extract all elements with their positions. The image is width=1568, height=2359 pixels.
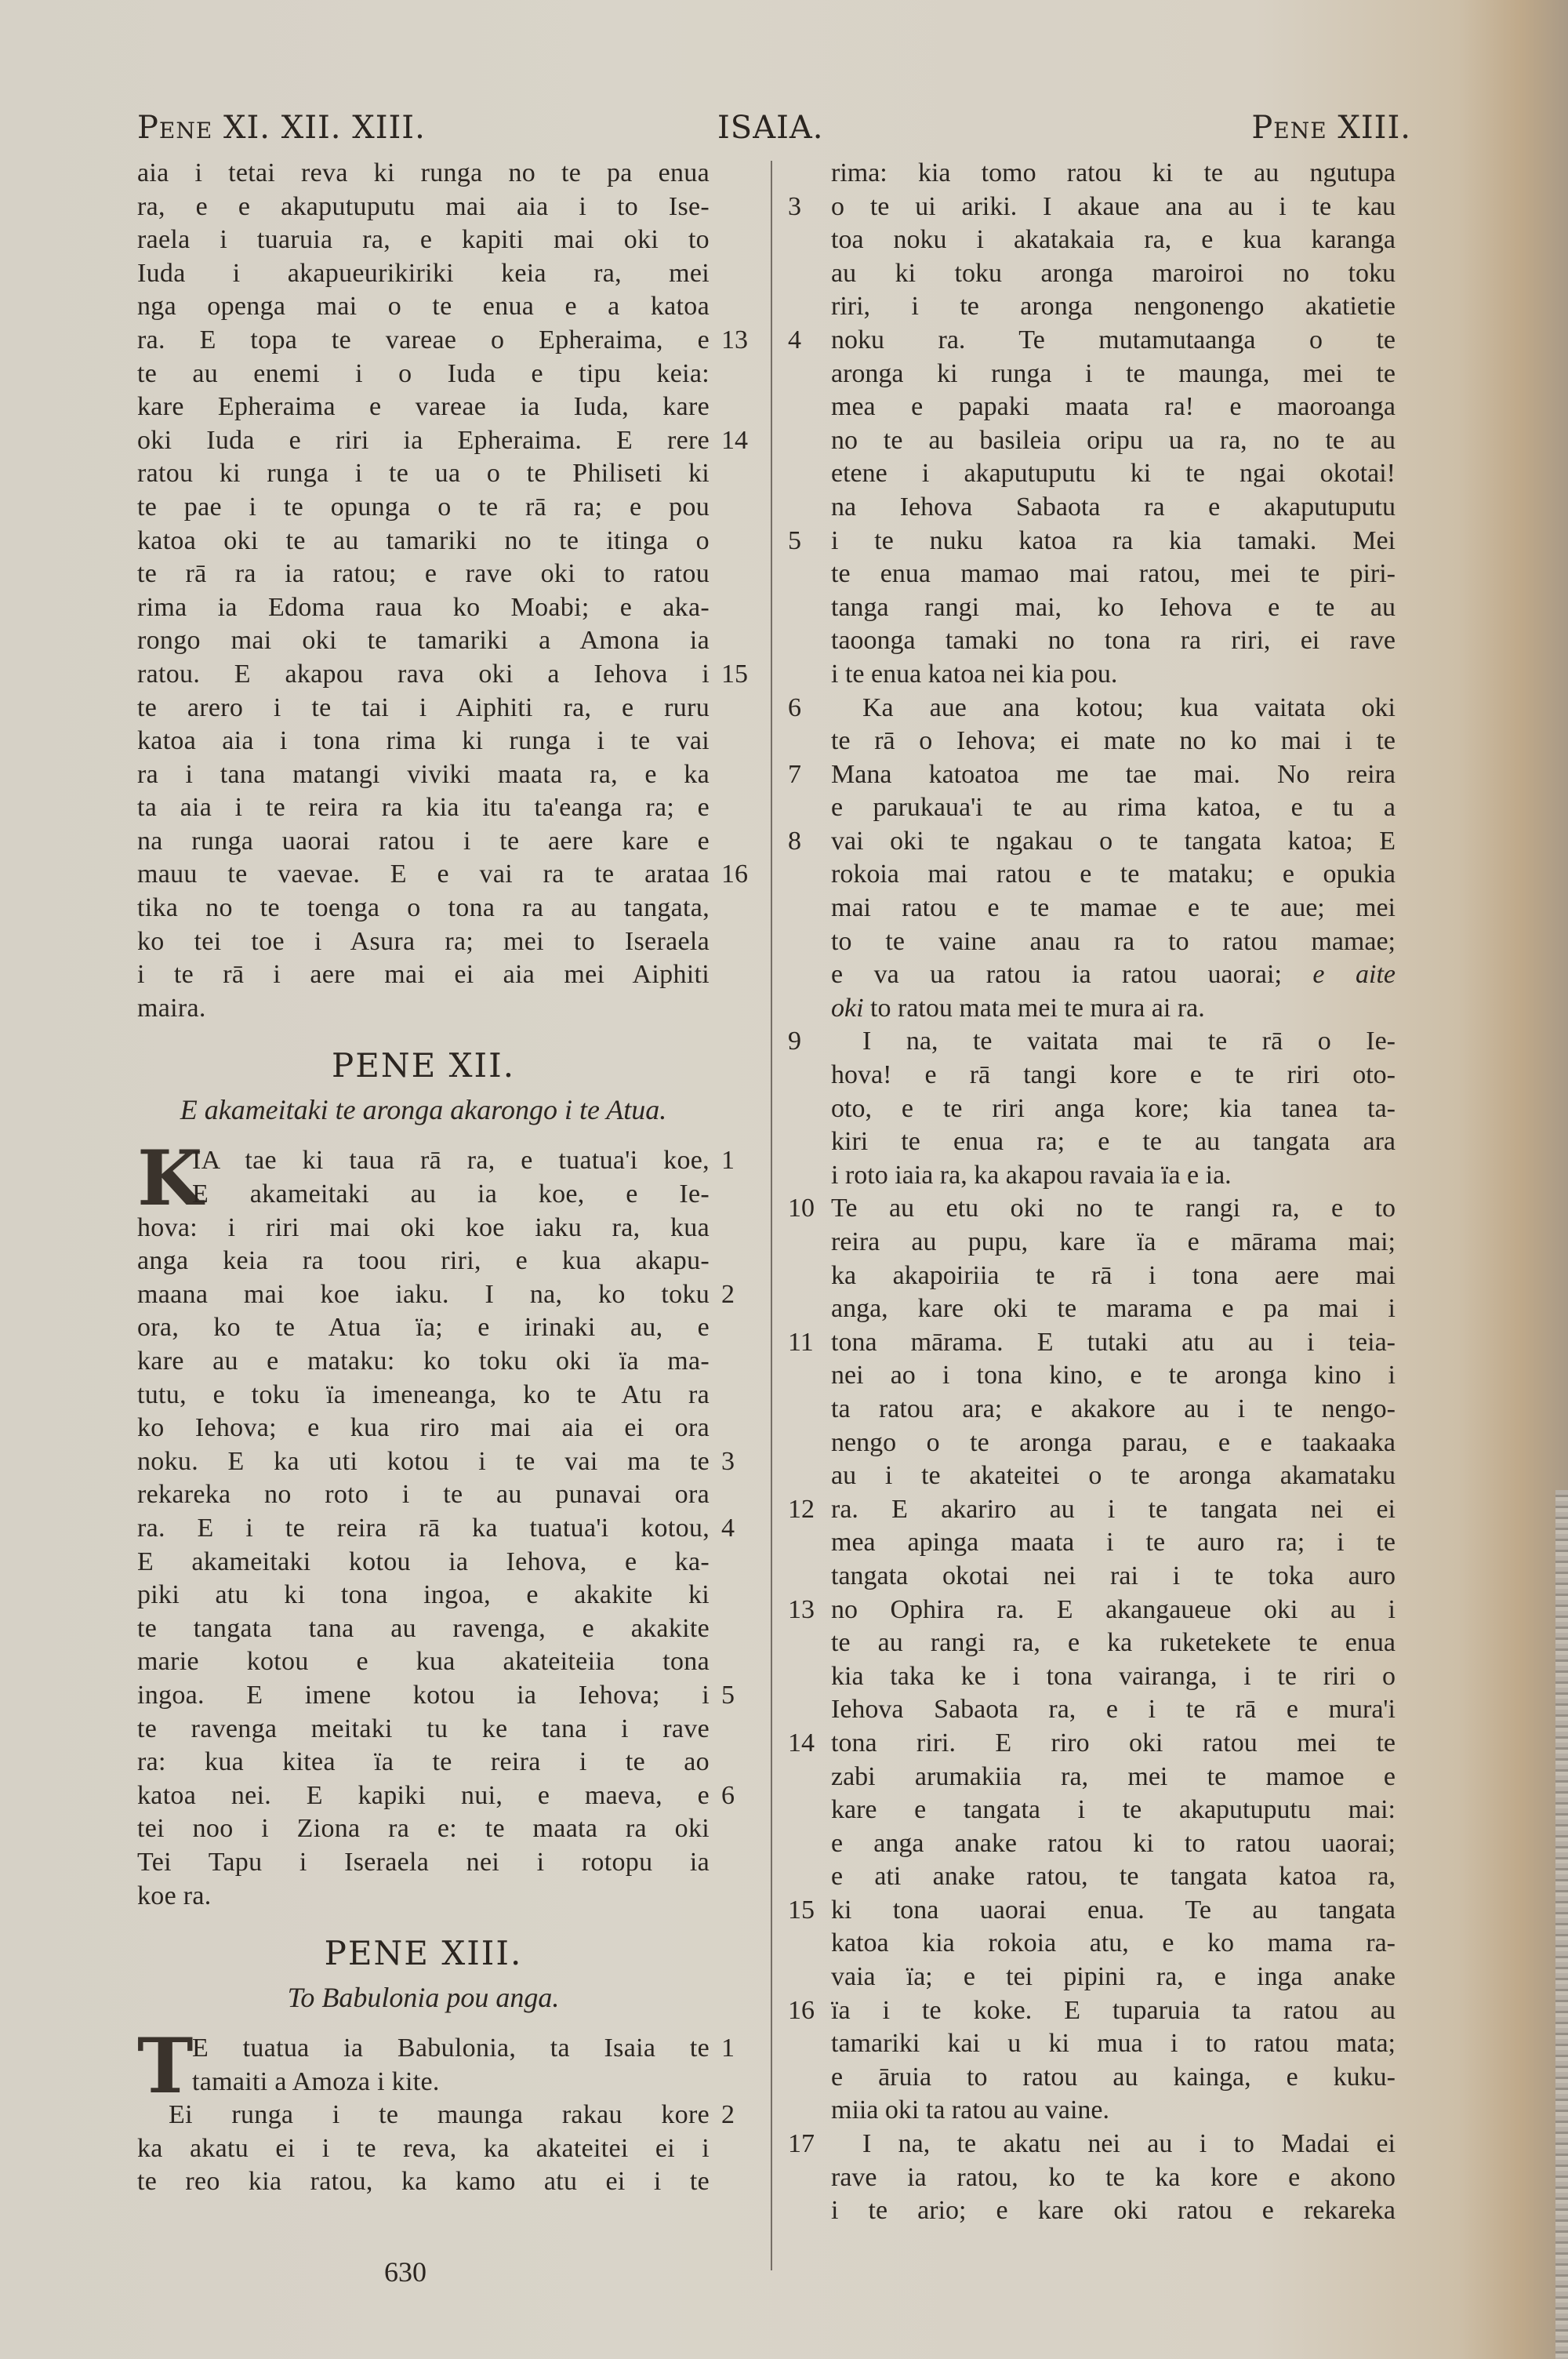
line-text: te reo kia ratou, ka kamo atu ei i te [137, 2165, 710, 2199]
line-text: maana mai koe iaku. I na, ko toku [137, 1278, 710, 1312]
text-line: Tei Tapu i Iseraela nei i rotopu ia [137, 1846, 710, 1880]
line-text: katoa aia i tona rima ki runga i te vai [137, 725, 710, 758]
text-line: maira. [137, 992, 710, 1026]
running-head-right: Pene XIII. [1251, 110, 1411, 146]
line-text: ra. E i te reira rā ka tuatua'i kotou, [137, 1512, 710, 1546]
line-text: rima ia Edoma raua ko Moabi; e aka- [137, 591, 710, 625]
line-text: ratou. E akapou rava oki a Iehova i [137, 658, 710, 692]
text-line: marie kotou e kua akateiteiia tona [137, 1645, 710, 1679]
chapter-12-summary: E akameitaki te aronga akarongo i te Atu… [137, 1092, 710, 1127]
verse-number: 15 [788, 1894, 815, 1928]
line-text: te ravenga meitaki tu ke tana i rave [137, 1713, 710, 1747]
text-line: ko tei toe i Asura ra; mei to Iseraela [137, 925, 710, 959]
text-line: miia oki ta ratou au vaine. [788, 2094, 1396, 2128]
text-line: te au enemi i o Iuda e tipu keia: [137, 358, 710, 391]
text-line: E akameitaki kotou ia Iehova, e ka- [137, 1546, 710, 1579]
text-line: ko Iehova; e kua riro mai aia ei ora [137, 1412, 710, 1445]
line-text: anga keia ra toou riri, e kua akapu- [137, 1245, 710, 1278]
verse-number: 3 [788, 191, 801, 224]
verse-number: 17 [788, 2128, 815, 2161]
line-text: na Iehova Sabaota ra e akaputuputu [831, 491, 1396, 525]
line-text: ratou ki runga i te ua o te Philiseti ki [137, 457, 710, 491]
text-line: ra i tana matangi viviki maata ra, e ka [137, 758, 710, 792]
running-head-left-chapters: XI. XII. XIII. [223, 110, 426, 146]
line-text: raela i tuaruia ra, e kapiti mai oki to [137, 224, 710, 257]
text-line: Ka aue ana kotou; kua vaitata oki6 [788, 692, 1396, 725]
text-line: to te vaine anau ra to ratou mamae; [788, 925, 1396, 959]
line-text: i te ario; e kare oki ratou e rekareka [831, 2194, 1396, 2228]
line-text: ra: kua kitea ïa te reira i te ao [137, 1746, 710, 1779]
column-divider [771, 161, 772, 2270]
text-line: oto, e te riri anga kore; kia tanea ta- [788, 1092, 1396, 1126]
text-line: nga openga mai o te enua e a katoa [137, 290, 710, 324]
text-line: te tangata tana au ravenga, e akakite [137, 1612, 710, 1646]
running-head-left: Pene XI. XII. XIII. [137, 110, 426, 146]
text-line: te reo kia ratou, ka kamo atu ei i te [137, 2165, 710, 2199]
line-text: tamariki kai u ki mua i to ratou mata; [831, 2027, 1396, 2061]
text-line: IA tae ki taua rā ra, e tuatua'i koe,1 [137, 1144, 710, 1178]
text-line: Mana katoatoa me tae mai. No reira7 [788, 758, 1396, 792]
line-text: hova: i riri mai oki koe iaku ra, kua [137, 1212, 710, 1245]
verse-number: 4 [788, 324, 801, 358]
verse-number: 1 [721, 2032, 735, 2066]
line-text: Ka aue ana kotou; kua vaitata oki [831, 692, 1396, 725]
line-text: ta aia i te reira ra kia itu ta'eanga ra… [137, 791, 710, 825]
line-text: e parukaua'i te au rima katoa, e tu a [831, 791, 1396, 825]
text-line: I na, te vaitata mai te rā o Ie-9 [788, 1025, 1396, 1059]
line-text: I na, te vaitata mai te rā o Ie- [831, 1025, 1396, 1059]
line-text: miia oki ta ratou au vaine. [831, 2094, 1396, 2128]
text-line: ra: kua kitea ïa te reira i te ao [137, 1746, 710, 1779]
text-line: o te ui ariki. I akaue ana au i te kau3 [788, 191, 1396, 224]
line-text: ki tona uaorai enua. Te au tangata [831, 1894, 1396, 1928]
text-line: e anga anake ratou ki to ratou uaorai; [788, 1827, 1396, 1861]
line-text: ta ratou ara; e akakore au i te nengo- [831, 1393, 1396, 1427]
text-line: tamariki kai u ki mua i to ratou mata; [788, 2027, 1396, 2061]
line-text: o te ui ariki. I akaue ana au i te kau [831, 191, 1396, 224]
line-text: tona riri. E riro oki ratou mei te [831, 1727, 1396, 1761]
line-text: ora, ko te Atua ïa; e irinaki au, e [137, 1311, 710, 1345]
text-line: kare Epheraima e vareae ia Iuda, kare [137, 391, 710, 424]
line-text: vai oki te ngakau o te tangata katoa; E [831, 825, 1396, 859]
text-line: mea e papaki maata ra! e maoroanga [788, 391, 1396, 424]
text-line: aia i tetai reva ki runga no te pa enua [137, 157, 710, 191]
running-head-left-prefix: Pene [137, 110, 212, 146]
line-text: tanga rangi mai, ko Iehova e te au [831, 591, 1396, 625]
verse-number: 12 [788, 1493, 815, 1527]
line-text: nga openga mai o te enua e a katoa [137, 290, 710, 324]
text-line: piki atu ki tona ingoa, e akakite ki [137, 1579, 710, 1612]
text-line: katoa kia rokoia atu, e ko mama ra- [788, 1927, 1396, 1961]
text-line: etene i akaputuputu ki te ngai okotai! [788, 457, 1396, 491]
text-line: tika no te toenga o tona ra au tangata, [137, 892, 710, 925]
text-line: kare e tangata i te akaputuputu mai: [788, 1794, 1396, 1827]
text-line: nei ao i tona kino, e te aronga kino i [788, 1359, 1396, 1393]
line-text: E tuatua ia Babulonia, ta Isaia te [137, 2032, 710, 2066]
verse-number: 5 [721, 1679, 735, 1713]
running-head-right-prefix: Pene [1251, 110, 1327, 146]
text-line: anga keia ra toou riri, e kua akapu- [137, 1245, 710, 1278]
line-text: no te au basileia oripu ua ra, no te au [831, 424, 1396, 458]
line-text: te enua mamao mai ratou, mei te piri- [831, 558, 1396, 591]
verse-number: 1 [721, 1144, 735, 1178]
line-text: te rā o Iehova; ei mate no ko mai i te [831, 725, 1396, 758]
text-line: i te nuku katoa ra kia tamaki. Mei5 [788, 525, 1396, 558]
text-line: ra. E akariro au i te tangata nei ei12 [788, 1493, 1396, 1527]
book-page-edge [1555, 1490, 1568, 2359]
line-text: te au enemi i o Iuda e tipu keia: [137, 358, 710, 391]
text-line: ra. E i te reira rā ka tuatua'i kotou,4 [137, 1512, 710, 1546]
line-text: tangata okotai nei rai i te toka auro [831, 1560, 1396, 1594]
line-text: noku ra. Te mutamutaanga o te [831, 324, 1396, 358]
text-line: katoa oki te au tamariki no te itinga o [137, 525, 710, 558]
line-text: aronga ki runga i te maunga, mei te [831, 358, 1396, 391]
text-line: katoa nei. E kapiki nui, e maeva, e6 [137, 1779, 710, 1813]
line-text: e anga anake ratou ki to ratou uaorai; [831, 1827, 1396, 1861]
text-line: E tuatua ia Babulonia, ta Isaia te1 [137, 2032, 710, 2066]
verse-number: 14 [788, 1727, 815, 1761]
line-text: koe ra. [137, 1880, 710, 1914]
line-text: mai ratou e te mamae e te aue; mei [831, 892, 1396, 925]
line-text: marie kotou e kua akateiteiia tona [137, 1645, 710, 1679]
text-line: i roto iaia ra, ka akapou ravaia ïa e ia… [788, 1159, 1396, 1193]
text-line: rima ia Edoma raua ko Moabi; e aka- [137, 591, 710, 625]
text-line: aronga ki runga i te maunga, mei te [788, 358, 1396, 391]
line-text: e āruia to ratou au kainga, e kuku- [831, 2061, 1396, 2095]
text-line: rave ia ratou, ko te ka kore e akono [788, 2161, 1396, 2195]
text-line: e va ua ratou ia ratou uaorai; e aite [788, 958, 1396, 992]
line-text: mea e papaki maata ra! e maoroanga [831, 391, 1396, 424]
text-line: te enua mamao mai ratou, mei te piri- [788, 558, 1396, 591]
text-line: kare au e mataku: ko toku oki ïa ma- [137, 1345, 710, 1379]
line-text: E akameitaki au ia koe, e Ie- [137, 1178, 710, 1212]
running-head-right-chapters: XIII. [1338, 110, 1411, 146]
line-text: rave ia ratou, ko te ka kore e akono [831, 2161, 1396, 2195]
text-line: rima: kia tomo ratou ki te au ngutupa [788, 157, 1396, 191]
chapter-12-heading: PENE XII. [137, 1045, 710, 1086]
text-line: tangata okotai nei rai i te toka auro [788, 1560, 1396, 1594]
line-text: riri, i te aronga nengonengo akatietie [831, 290, 1396, 324]
verse-number: 10 [788, 1192, 815, 1226]
text-line: e āruia to ratou au kainga, e kuku- [788, 2061, 1396, 2095]
line-text: te arero i te tai i Aiphiti ra, e ruru [137, 692, 710, 725]
line-text: e ati anake ratou, te tangata katoa ra, [831, 1860, 1396, 1894]
text-line: mai ratou e te mamae e te aue; mei [788, 892, 1396, 925]
text-line: ora, ko te Atua ïa; e irinaki au, e [137, 1311, 710, 1345]
verse-number: 15 [721, 658, 748, 692]
line-text: taoonga tamaki no tona ra riri, ei rave [831, 624, 1396, 658]
right-column: rima: kia tomo ratou ki te au ngutupao t… [788, 157, 1396, 2228]
line-text: Te au etu oki no te rangi ra, e to [831, 1192, 1396, 1226]
chapter-13-summary: To Babulonia pou anga. [137, 1980, 710, 2015]
text-line: te arero i te tai i Aiphiti ra, e ruru [137, 692, 710, 725]
verse-number: 16 [721, 858, 748, 892]
verse-number: 8 [788, 825, 801, 859]
running-head-book-title: ISAIA. [717, 110, 824, 146]
line-text: tika no te toenga o tona ra au tangata, [137, 892, 710, 925]
text-line: oki Iuda e riri ia Epheraima. E rere14 [137, 424, 710, 458]
line-text: tamaiti a Amoza i kite. [137, 2066, 710, 2099]
line-text: nengo o te aronga parau, e e taakaaka [831, 1427, 1396, 1460]
text-line: tona riri. E riro oki ratou mei te14 [788, 1727, 1396, 1761]
chapter-13-body: T E tuatua ia Babulonia, ta Isaia te1tam… [137, 2032, 710, 2199]
line-text: toa noku i akatakaia ra, e kua karanga [831, 224, 1396, 257]
line-text: au i te akateitei o te aronga akamataku [831, 1459, 1396, 1493]
text-line: na runga uaorai ratou i te aere kare e [137, 825, 710, 859]
text-line: Te au etu oki no te rangi ra, e to10 [788, 1192, 1396, 1226]
line-text: anga, kare oki te marama e pa mai i [831, 1292, 1396, 1326]
line-text: maira. [137, 992, 710, 1026]
verse-number: 3 [721, 1445, 735, 1479]
line-text: te au rangi ra, e ka ruketekete te enua [831, 1627, 1396, 1660]
text-line: te rā o Iehova; ei mate no ko mai i te [788, 725, 1396, 758]
line-text: kare Epheraima e vareae ia Iuda, kare [137, 391, 710, 424]
line-text: aia i tetai reva ki runga no te pa enua [137, 157, 710, 191]
verse-number: 9 [788, 1025, 801, 1059]
text-line: te pae i te opunga o te rā ra; e pou [137, 491, 710, 525]
text-line: i te rā i aere mai ei aia mei Aiphiti [137, 958, 710, 992]
text-line: rokoia mai ratou e te mataku; e opukia [788, 858, 1396, 892]
line-text: ra, e e akaputuputu mai aia i to Ise- [137, 191, 710, 224]
verse-number: 16 [788, 1994, 815, 2028]
text-line: kia taka ke i tona vairanga, i te riri o [788, 1660, 1396, 1694]
text-line: ki tona uaorai enua. Te au tangata15 [788, 1894, 1396, 1928]
line-text: i te rā i aere mai ei aia mei Aiphiti [137, 958, 710, 992]
verse-number: 6 [721, 1779, 735, 1813]
line-text: rima: kia tomo ratou ki te au ngutupa [831, 157, 1396, 191]
text-line: te au rangi ra, e ka ruketekete te enua [788, 1627, 1396, 1660]
line-text: oki Iuda e riri ia Epheraima. E rere [137, 424, 710, 458]
line-text: i te nuku katoa ra kia tamaki. Mei [831, 525, 1396, 558]
text-line: ta ratou ara; e akakore au i te nengo- [788, 1393, 1396, 1427]
line-text: mauu te vaevae. E e vai ra te arataa [137, 858, 710, 892]
line-text: kia taka ke i tona vairanga, i te riri o [831, 1660, 1396, 1694]
line-text: ïa i te koke. E tuparuia ta ratou au [831, 1994, 1396, 2028]
line-text: tutu, e toku ïa imeneanga, ko te Atu ra [137, 1379, 710, 1412]
text-line: vaia ïa; e tei pipini ra, e inga anake [788, 1961, 1396, 1994]
text-line: hova! e rā tangi kore e te riri oto- [788, 1059, 1396, 1092]
text-line: tei noo i Ziona ra e: te maata ra oki [137, 1812, 710, 1846]
text-line: noku. E ka uti kotou i te vai ma te3 [137, 1445, 710, 1479]
verse-number: 7 [788, 758, 801, 792]
text-line: Ei runga i te maunga rakau kore2 [137, 2099, 710, 2132]
text-line: maana mai koe iaku. I na, ko toku2 [137, 1278, 710, 1312]
text-line: Iehova Sabaota ra, e i te rā e mura'i [788, 1693, 1396, 1727]
line-text: te pae i te opunga o te rā ra; e pou [137, 491, 710, 525]
line-text: e va ua ratou ia ratou uaorai; e aite [831, 958, 1396, 992]
line-text: i te enua katoa nei kia pou. [831, 658, 1396, 692]
text-line: ka akapoiriia te rā i tona aere mai [788, 1259, 1396, 1293]
line-text: katoa kia rokoia atu, e ko mama ra- [831, 1927, 1396, 1961]
line-text: hova! e rā tangi kore e te riri oto- [831, 1059, 1396, 1092]
text-line: katoa aia i tona rima ki runga i te vai [137, 725, 710, 758]
line-text: zabi arumakiia ra, mei te mamoe e [831, 1761, 1396, 1794]
verse-number: 11 [788, 1326, 814, 1360]
text-line: raela i tuaruia ra, e kapiti mai oki to [137, 224, 710, 257]
text-line: oki to ratou mata mei te mura ai ra. [788, 992, 1396, 1026]
line-text: I na, te akatu nei au i to Madai ei [831, 2128, 1396, 2161]
text-line: toa noku i akatakaia ra, e kua karanga [788, 224, 1396, 257]
text-line: no Ophira ra. E akangaueue oki au i13 [788, 1594, 1396, 1627]
text-line: tanga rangi mai, ko Iehova e te au [788, 591, 1396, 625]
text-line: no te au basileia oripu ua ra, no te au [788, 424, 1396, 458]
text-line: Iuda i akapueurikiriki keia ra, mei [137, 257, 710, 291]
line-text: katoa oki te au tamariki no te itinga o [137, 525, 710, 558]
line-text: kiri te enua ra; e te au tangata ara [831, 1125, 1396, 1159]
line-text: Iuda i akapueurikiriki keia ra, mei [137, 257, 710, 291]
line-text: Ei runga i te maunga rakau kore [137, 2099, 710, 2132]
line-text: Iehova Sabaota ra, e i te rā e mura'i [831, 1693, 1396, 1727]
chapter-11-continuation: aia i tetai reva ki runga no te pa enuar… [137, 157, 710, 1025]
text-line: e ati anake ratou, te tangata katoa ra, [788, 1860, 1396, 1894]
verse-number: 14 [721, 424, 748, 458]
text-line: mea apinga maata i te auro ra; i te [788, 1526, 1396, 1560]
text-line: e parukaua'i te au rima katoa, e tu a [788, 791, 1396, 825]
text-line: au ki toku aronga maroiroi no toku [788, 257, 1396, 291]
line-text: katoa nei. E kapiki nui, e maeva, e [137, 1779, 710, 1813]
page-number: 630 [384, 2255, 426, 2288]
verse-number: 6 [788, 692, 801, 725]
text-line: ra, e e akaputuputu mai aia i to Ise- [137, 191, 710, 224]
text-line: anga, kare oki te marama e pa mai i [788, 1292, 1396, 1326]
line-text: reira au pupu, kare ïa e mārama mai; [831, 1226, 1396, 1259]
text-line: tamaiti a Amoza i kite. [137, 2066, 710, 2099]
line-text: E akameitaki kotou ia Iehova, e ka- [137, 1546, 710, 1579]
text-line: E akameitaki au ia koe, e Ie- [137, 1178, 710, 1212]
text-line: ra. E topa te vareae o Epheraima, e13 [137, 324, 710, 358]
text-line: noku ra. Te mutamutaanga o te4 [788, 324, 1396, 358]
line-text: ingoa. E imene kotou ia Iehova; i [137, 1679, 710, 1713]
text-line: mauu te vaevae. E e vai ra te arataa16 [137, 858, 710, 892]
text-line: tutu, e toku ïa imeneanga, ko te Atu ra [137, 1379, 710, 1412]
line-text: tona mārama. E tutaki atu au i teia- [831, 1326, 1396, 1360]
text-line: reira au pupu, kare ïa e mārama mai; [788, 1226, 1396, 1259]
line-text: noku. E ka uti kotou i te vai ma te [137, 1445, 710, 1479]
text-line: i te ario; e kare oki ratou e rekareka [788, 2194, 1396, 2228]
line-text: oki to ratou mata mei te mura ai ra. [831, 992, 1396, 1026]
text-line: ratou. E akapou rava oki a Iehova i15 [137, 658, 710, 692]
line-text: ra. E akariro au i te tangata nei ei [831, 1493, 1396, 1527]
line-text: ka akatu ei i te reva, ka akateitei ei i [137, 2132, 710, 2166]
text-line: rongo mai oki te tamariki a Amona ia [137, 624, 710, 658]
text-line: taoonga tamaki no tona ra riri, ei rave [788, 624, 1396, 658]
line-text: na runga uaorai ratou i te aere kare e [137, 825, 710, 859]
text-line: ta aia i te reira ra kia itu ta'eanga ra… [137, 791, 710, 825]
line-text: te rā ra ia ratou; e rave oki to ratou [137, 558, 710, 591]
line-text: tei noo i Ziona ra e: te maata ra oki [137, 1812, 710, 1846]
line-text: au ki toku aronga maroiroi no toku [831, 257, 1396, 291]
left-column: aia i tetai reva ki runga no te pa enuar… [137, 157, 710, 2199]
verse-number: 13 [788, 1594, 815, 1627]
line-text: ra i tana matangi viviki maata ra, e ka [137, 758, 710, 792]
text-line: na Iehova Sabaota ra e akaputuputu [788, 491, 1396, 525]
text-line: rekareka no roto i te au punavai ora [137, 1478, 710, 1512]
line-text: ko tei toe i Asura ra; mei to Iseraela [137, 925, 710, 959]
line-text: Mana katoatoa me tae mai. No reira [831, 758, 1396, 792]
chapter-13-heading: PENE XIII. [137, 1933, 710, 1974]
text-line: koe ra. [137, 1880, 710, 1914]
line-text: rongo mai oki te tamariki a Amona ia [137, 624, 710, 658]
line-text: ko Iehova; e kua riro mai aia ei ora [137, 1412, 710, 1445]
line-text: mea apinga maata i te auro ra; i te [831, 1526, 1396, 1560]
line-text: Tei Tapu i Iseraela nei i rotopu ia [137, 1846, 710, 1880]
line-text: ra. E topa te vareae o Epheraima, e [137, 324, 710, 358]
text-line: zabi arumakiia ra, mei te mamoe e [788, 1761, 1396, 1794]
line-text: kare e tangata i te akaputuputu mai: [831, 1794, 1396, 1827]
line-text: oto, e te riri anga kore; kia tanea ta- [831, 1092, 1396, 1126]
text-line: riri, i te aronga nengonengo akatietie [788, 290, 1396, 324]
verse-number: 13 [721, 324, 748, 358]
line-text: no Ophira ra. E akangaueue oki au i [831, 1594, 1396, 1627]
verse-number: 5 [788, 525, 801, 558]
line-text: to te vaine anau ra to ratou mamae; [831, 925, 1396, 959]
chapter-13-continuation: rima: kia tomo ratou ki te au ngutupao t… [788, 157, 1396, 2228]
text-line: ïa i te koke. E tuparuia ta ratou au16 [788, 1994, 1396, 2028]
line-text: IA tae ki taua rā ra, e tuatua'i koe, [137, 1144, 710, 1178]
verse-number: 2 [721, 1278, 735, 1312]
text-line: i te enua katoa nei kia pou. [788, 658, 1396, 692]
line-text: rokoia mai ratou e te mataku; e opukia [831, 858, 1396, 892]
text-line: tona mārama. E tutaki atu au i teia-11 [788, 1326, 1396, 1360]
text-line: I na, te akatu nei au i to Madai ei17 [788, 2128, 1396, 2161]
text-line: te ravenga meitaki tu ke tana i rave [137, 1713, 710, 1747]
line-text: ka akapoiriia te rā i tona aere mai [831, 1259, 1396, 1293]
text-line: au i te akateitei o te aronga akamataku [788, 1459, 1396, 1493]
verse-number: 2 [721, 2099, 735, 2132]
text-line: te rā ra ia ratou; e rave oki to ratou [137, 558, 710, 591]
line-text: te tangata tana au ravenga, e akakite [137, 1612, 710, 1646]
line-text: vaia ïa; e tei pipini ra, e inga anake [831, 1961, 1396, 1994]
line-text: i roto iaia ra, ka akapou ravaia ïa e ia… [831, 1159, 1396, 1193]
text-line: ingoa. E imene kotou ia Iehova; i5 [137, 1679, 710, 1713]
text-line: nengo o te aronga parau, e e taakaaka [788, 1427, 1396, 1460]
line-text: etene i akaputuputu ki te ngai okotai! [831, 457, 1396, 491]
text-line: ratou ki runga i te ua o te Philiseti ki [137, 457, 710, 491]
text-line: hova: i riri mai oki koe iaku ra, kua [137, 1212, 710, 1245]
line-text: kare au e mataku: ko toku oki ïa ma- [137, 1345, 710, 1379]
chapter-12-body: K IA tae ki taua rā ra, e tuatua'i koe,1… [137, 1144, 710, 1913]
text-line: kiri te enua ra; e te au tangata ara [788, 1125, 1396, 1159]
line-text: nei ao i tona kino, e te aronga kino i [831, 1359, 1396, 1393]
text-line: ka akatu ei i te reva, ka akateitei ei i [137, 2132, 710, 2166]
line-text: piki atu ki tona ingoa, e akakite ki [137, 1579, 710, 1612]
verse-number: 4 [721, 1512, 735, 1546]
text-line: vai oki te ngakau o te tangata katoa; E8 [788, 825, 1396, 859]
line-text: rekareka no roto i te au punavai ora [137, 1478, 710, 1512]
